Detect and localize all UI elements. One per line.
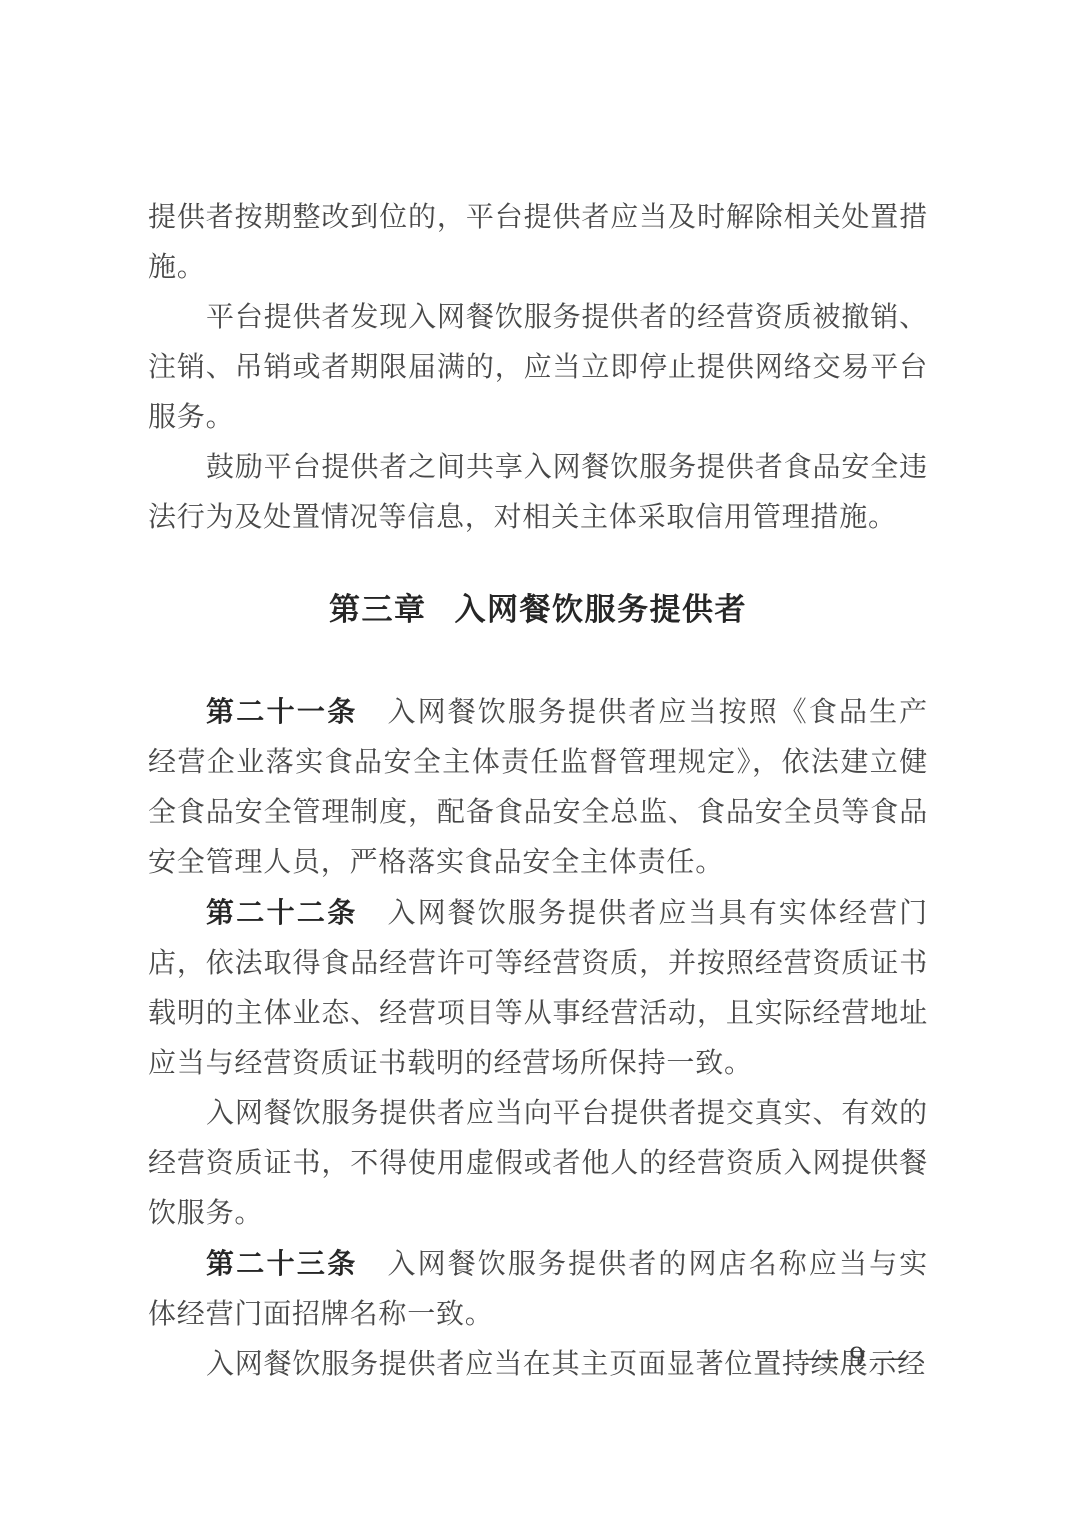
paragraph: 入网餐饮服务提供者应当向平台提供者提交真实、有效的经营资质证书，不得使用虚假或者… <box>148 1089 928 1239</box>
article-number: 第二十三条 <box>206 1248 358 1279</box>
paragraph: 鼓励平台提供者之间共享入网餐饮服务提供者食品安全违法行为及处置情况等信息，对相关… <box>148 443 928 543</box>
chapter-title: 入网餐饮服务提供者 <box>455 592 748 627</box>
article-number: 第二十一条 <box>206 696 358 727</box>
paragraph-article-21: 第二十一条入网餐饮服务提供者应当按照《食品生产经营企业落实食品安全主体责任监督管… <box>148 687 928 888</box>
paragraph-continuation: 提供者按期整改到位的，平台提供者应当及时解除相关处置措施。 <box>148 193 928 293</box>
document-page: 提供者按期整改到位的，平台提供者应当及时解除相关处置措施。 平台提供者发现入网餐… <box>0 0 1080 1515</box>
page-number: — 9 — <box>808 1337 908 1377</box>
chapter-heading: 第三章入网餐饮服务提供者 <box>148 585 928 635</box>
chapter-number: 第三章 <box>329 592 427 627</box>
paragraph-article-23: 第二十三条入网餐饮服务提供者的网店名称应当与实体经营门面招牌名称一致。 <box>148 1239 928 1340</box>
paragraph: 平台提供者发现入网餐饮服务提供者的经营资质被撤销、注销、吊销或者期限届满的，应当… <box>148 293 928 443</box>
article-number: 第二十二条 <box>206 897 358 928</box>
paragraph-text: 鼓励平台提供者之间共享入网餐饮服务提供者食品安全违法行为及处置情况等信息，对相关… <box>148 452 928 533</box>
paragraph-text: 入网餐饮服务提供者应当向平台提供者提交真实、有效的经营资质证书，不得使用虚假或者… <box>148 1098 928 1229</box>
paragraph-text: 提供者按期整改到位的，平台提供者应当及时解除相关处置措施。 <box>148 202 928 283</box>
document-body: 提供者按期整改到位的，平台提供者应当及时解除相关处置措施。 平台提供者发现入网餐… <box>148 193 928 1390</box>
paragraph-article-22: 第二十二条入网餐饮服务提供者应当具有实体经营门店，依法取得食品经营许可等经营资质… <box>148 888 928 1089</box>
paragraph-text: 平台提供者发现入网餐饮服务提供者的经营资质被撤销、注销、吊销或者期限届满的，应当… <box>148 302 928 433</box>
